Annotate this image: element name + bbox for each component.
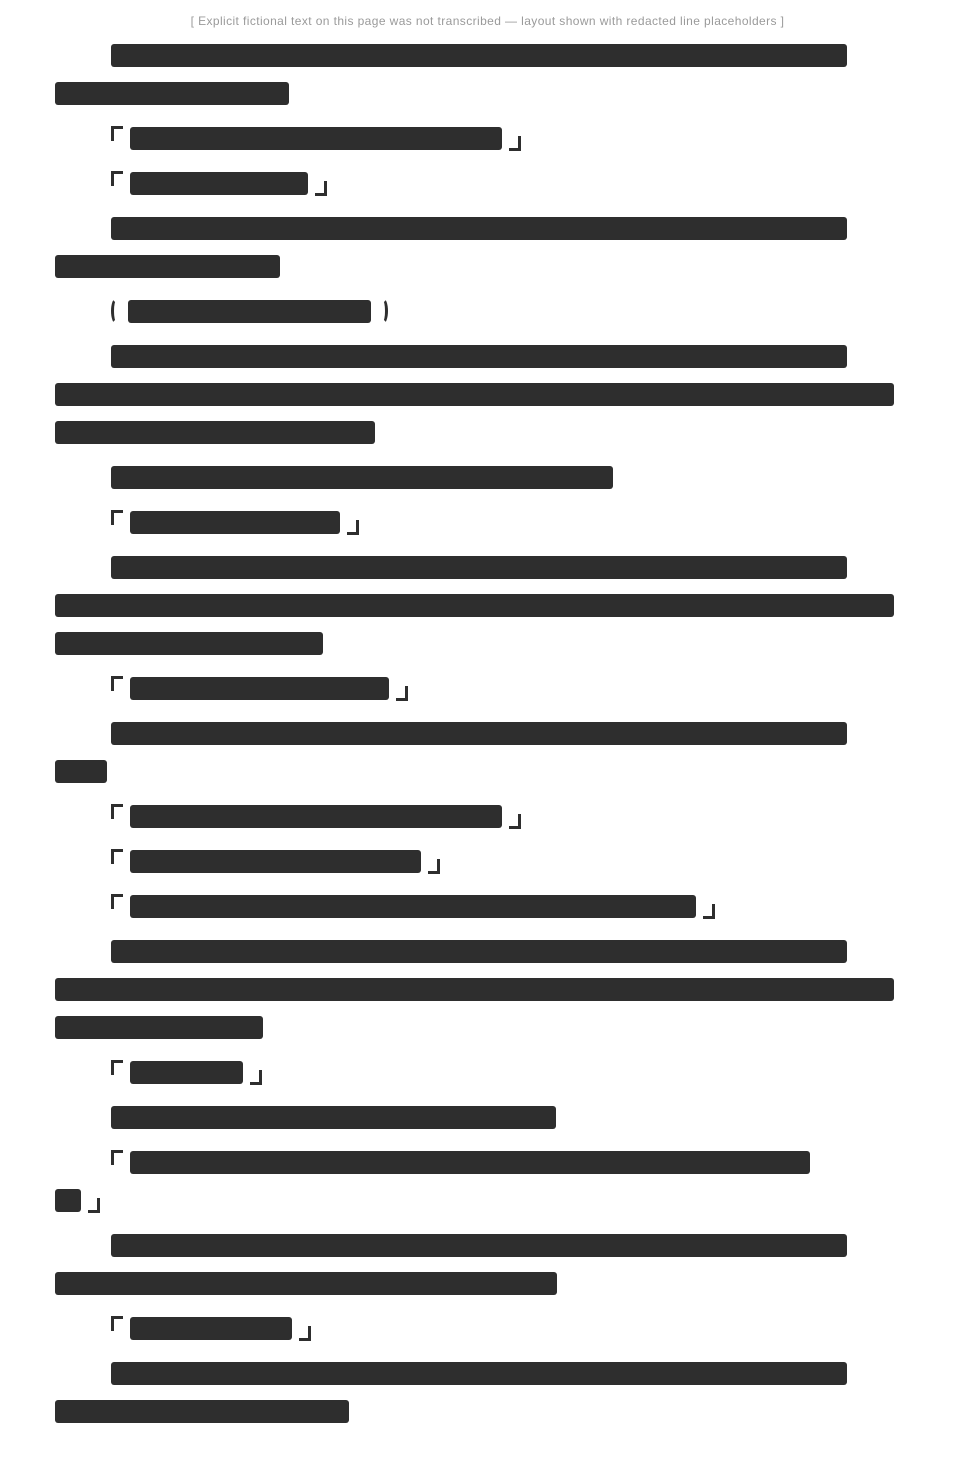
paren-open-icon — [111, 298, 121, 324]
dialogue-close-bracket-icon — [428, 859, 440, 874]
paragraph-dialogue — [55, 797, 920, 835]
text-line — [55, 1392, 920, 1430]
redacted-text-bar — [55, 1016, 263, 1039]
dialogue-open-bracket-icon — [111, 1150, 123, 1165]
dialogue-close-bracket-icon — [250, 1070, 262, 1085]
redacted-text-bar — [55, 594, 894, 617]
dialogue-close-bracket-icon — [703, 904, 715, 919]
redacted-text-bar — [130, 805, 502, 828]
redacted-text-bar — [111, 1106, 556, 1129]
redacted-text-bar — [130, 1061, 243, 1084]
paragraph-parenthetical — [55, 292, 920, 330]
redacted-text-bar — [130, 677, 389, 700]
redacted-text-bar — [130, 1317, 292, 1340]
redacted-text-bar — [55, 255, 280, 278]
text-line — [55, 1008, 920, 1046]
paragraph-dialogue — [55, 164, 920, 202]
redacted-text-bar — [111, 556, 847, 579]
paragraph-narration — [55, 1354, 920, 1430]
text-line — [55, 413, 920, 451]
paragraph-dialogue — [55, 842, 920, 880]
redacted-text-bar — [128, 300, 371, 323]
redacted-text-bar — [111, 217, 847, 240]
redacted-text-bar — [55, 1189, 81, 1212]
text-line — [55, 714, 920, 752]
redacted-text-bar — [111, 345, 847, 368]
text-line — [55, 247, 920, 285]
redacted-text-bar — [111, 1234, 847, 1257]
text-line — [55, 503, 920, 541]
paragraph-dialogue — [55, 503, 920, 541]
text-line — [55, 669, 920, 707]
paragraph-dialogue — [55, 887, 920, 925]
paragraph-narration — [55, 36, 920, 112]
redacted-text-bar — [111, 940, 847, 963]
redacted-text-bar — [55, 760, 107, 783]
text-line — [55, 970, 920, 1008]
dialogue-close-bracket-icon — [509, 814, 521, 829]
paragraph-narration — [55, 1098, 920, 1136]
redacted-text-bar — [111, 722, 847, 745]
paragraph-dialogue — [55, 1309, 920, 1347]
paragraph-narration — [55, 209, 920, 285]
paren-close-icon — [378, 298, 388, 324]
redacted-text-bar — [55, 1272, 557, 1295]
paragraph-narration — [55, 714, 920, 790]
dialogue-open-bracket-icon — [111, 510, 123, 525]
text-line — [55, 119, 920, 157]
text-line — [55, 1309, 920, 1347]
text-line — [55, 375, 920, 413]
dialogue-close-bracket-icon — [509, 136, 521, 151]
text-line — [55, 1354, 920, 1392]
text-line — [55, 752, 920, 790]
paragraph-narration — [55, 458, 920, 496]
paragraph-dialogue — [55, 669, 920, 707]
text-line — [55, 74, 920, 112]
redacted-text-bar — [55, 421, 375, 444]
text-line — [55, 887, 920, 925]
dialogue-open-bracket-icon — [111, 849, 123, 864]
dialogue-close-bracket-icon — [299, 1326, 311, 1341]
text-line — [55, 932, 920, 970]
dialogue-open-bracket-icon — [111, 894, 123, 909]
dialogue-open-bracket-icon — [111, 126, 123, 141]
paragraph-narration — [55, 337, 920, 451]
dialogue-open-bracket-icon — [111, 1060, 123, 1075]
text-line — [55, 209, 920, 247]
text-line — [55, 292, 920, 330]
text-line — [55, 1053, 920, 1091]
redacted-text-bar — [130, 1151, 810, 1174]
redacted-text-bar — [55, 1400, 349, 1423]
redaction-notice: [ Explicit fictional text on this page w… — [55, 14, 920, 28]
text-line — [55, 1264, 920, 1302]
redacted-text-bar — [55, 978, 894, 1001]
dialogue-close-bracket-icon — [315, 181, 327, 196]
redacted-text-bar — [55, 383, 894, 406]
redacted-text-bar — [55, 82, 289, 105]
redacted-text-bar — [111, 466, 613, 489]
dialogue-close-bracket-icon — [88, 1198, 100, 1213]
paragraph-dialogue — [55, 1053, 920, 1091]
text-line — [55, 1143, 920, 1181]
text-body — [55, 36, 920, 1430]
text-line — [55, 1226, 920, 1264]
redacted-text-bar — [111, 44, 847, 67]
document-page: [ Explicit fictional text on this page w… — [0, 0, 974, 1459]
text-line — [55, 164, 920, 202]
text-line — [55, 624, 920, 662]
redacted-text-bar — [130, 172, 308, 195]
paragraph-narration — [55, 1226, 920, 1302]
dialogue-close-bracket-icon — [347, 520, 359, 535]
paragraph-narration — [55, 932, 920, 1046]
text-line — [55, 586, 920, 624]
paragraph-dialogue — [55, 119, 920, 157]
paragraph-narration — [55, 548, 920, 662]
text-line — [55, 458, 920, 496]
dialogue-open-bracket-icon — [111, 1316, 123, 1331]
redacted-text-bar — [130, 895, 696, 918]
dialogue-open-bracket-icon — [111, 171, 123, 186]
dialogue-open-bracket-icon — [111, 676, 123, 691]
text-line — [55, 337, 920, 375]
text-line — [55, 548, 920, 586]
dialogue-open-bracket-icon — [111, 804, 123, 819]
text-line — [55, 1181, 920, 1219]
text-line — [55, 1098, 920, 1136]
redacted-text-bar — [130, 127, 502, 150]
paragraph-dialogue — [55, 1143, 920, 1219]
text-line — [55, 842, 920, 880]
redacted-text-bar — [130, 850, 421, 873]
dialogue-close-bracket-icon — [396, 686, 408, 701]
redacted-text-bar — [111, 1362, 847, 1385]
redacted-text-bar — [130, 511, 340, 534]
text-line — [55, 36, 920, 74]
text-line — [55, 797, 920, 835]
redacted-text-bar — [55, 632, 323, 655]
